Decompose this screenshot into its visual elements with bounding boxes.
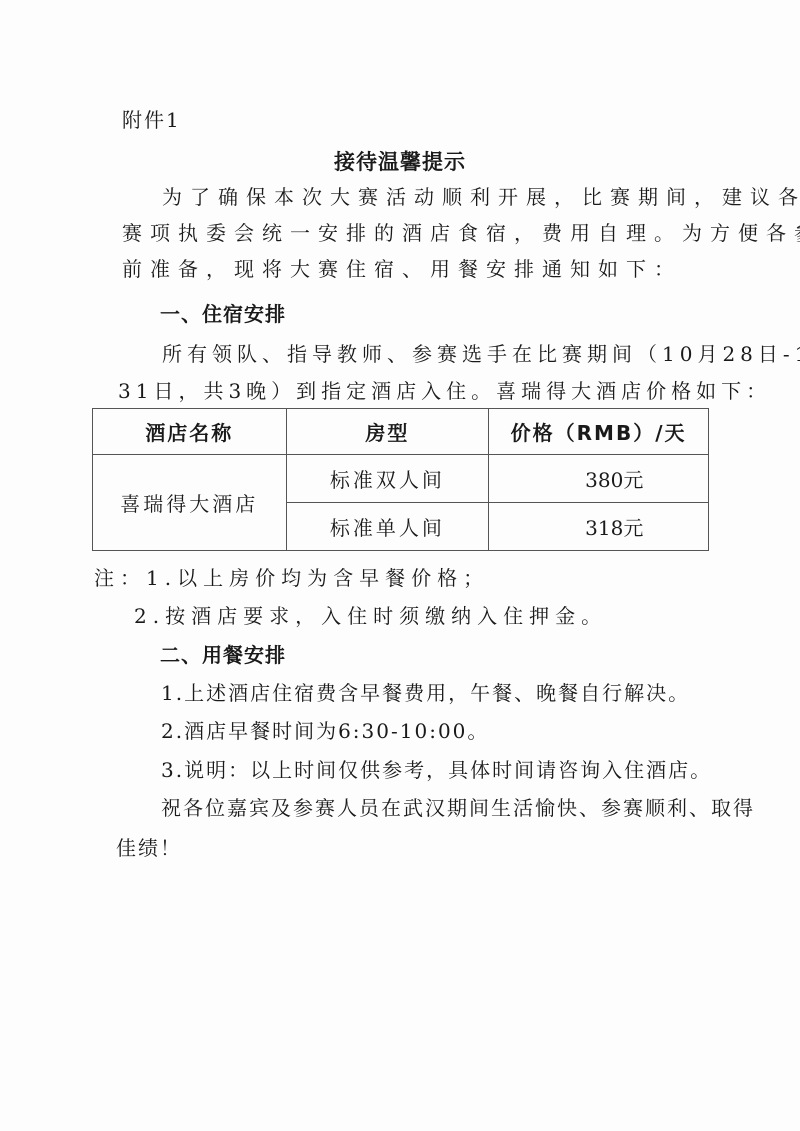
closing-line-2: 佳绩！ [116, 836, 182, 860]
table-header-row: 酒店名称 房型 价格（RMB）/天 [93, 409, 709, 455]
price-cell: 318元 [489, 503, 709, 551]
attachment-label: 附件1 [122, 108, 181, 132]
intro-line-3: 前准备，现将大赛住宿、用餐安排通知如下： [122, 257, 682, 281]
table-row: 喜瑞得大酒店 标准双人间 380元 [93, 455, 709, 503]
meal-item-2: 2.酒店早餐时间为6:30-10:00。 [161, 719, 489, 743]
header-room-type: 房型 [286, 409, 489, 455]
room-type-cell: 标准双人间 [286, 455, 489, 503]
hotel-price-table: 酒店名称 房型 价格（RMB）/天 喜瑞得大酒店 标准双人间 380元 标准单人… [92, 408, 709, 551]
header-price: 价格（RMB）/天 [489, 409, 709, 455]
meal-item-1: 1.上述酒店住宿费含早餐费用，午餐、晚餐自行解决。 [161, 681, 690, 705]
meal-item-3: 3.说明：以上时间仅供参考，具体时间请咨询入住酒店。 [161, 758, 712, 782]
intro-line-2: 赛项执委会统一安排的酒店食宿，费用自理。为方便各参赛队提 [122, 221, 800, 245]
room-type-cell: 标准单人间 [286, 503, 489, 551]
intro-line-1: 为了确保本次大赛活动顺利开展，比赛期间，建议各代表队在 [162, 185, 800, 209]
page-title: 接待温馨提示 [0, 146, 800, 176]
section2-heading: 二、用餐安排 [160, 643, 286, 667]
price-cell: 380元 [489, 455, 709, 503]
section1-line-2: 31日，共3晚）到指定酒店入住。喜瑞得大酒店价格如下： [118, 379, 771, 403]
note-2: 2.按酒店要求，入住时须缴纳入住押金。 [134, 604, 607, 628]
closing-line-1: 祝各位嘉宾及参赛人员在武汉期间生活愉快、参赛顺利、取得 [161, 796, 755, 820]
hotel-name-cell: 喜瑞得大酒店 [93, 455, 287, 551]
header-hotel-name: 酒店名称 [93, 409, 287, 455]
note-1: 注：1.以上房价均为含早餐价格； [94, 566, 489, 590]
section1-heading: 一、住宿安排 [160, 302, 286, 326]
section1-line-1: 所有领队、指导教师、参赛选手在比赛期间（10月28日-10月 [162, 342, 800, 366]
